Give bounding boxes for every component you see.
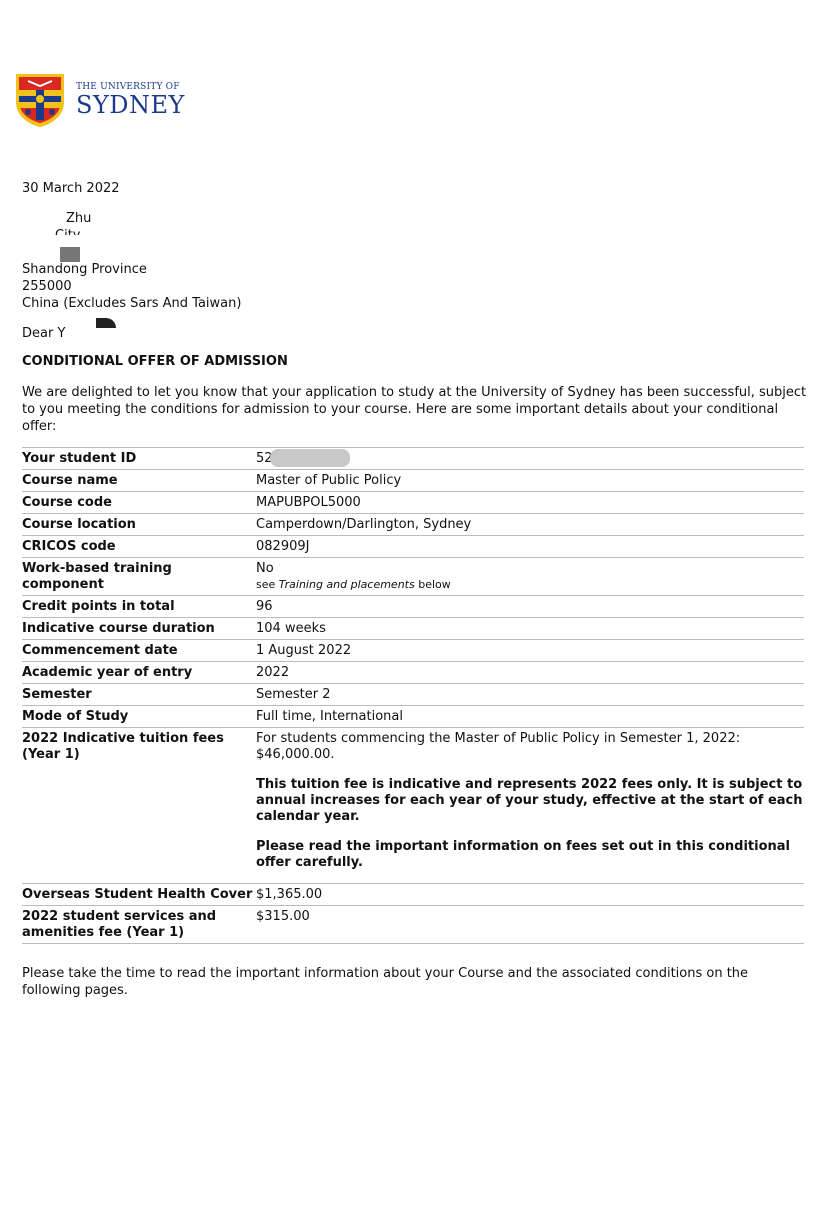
commencement-value: 1 August 2022 bbox=[256, 640, 804, 662]
redaction-block bbox=[60, 247, 80, 262]
table-row: Your student ID 52 bbox=[22, 448, 804, 470]
table-row: 2022 student services and amenities fee … bbox=[22, 906, 804, 944]
table-row: Indicative course duration 104 weeks bbox=[22, 618, 804, 640]
offer-details-table: Your student ID 52 Course name Master of… bbox=[22, 447, 804, 944]
redaction-block bbox=[96, 318, 116, 328]
offer-title: CONDITIONAL OFFER OF ADMISSION bbox=[22, 354, 288, 369]
letter-date: 30 March 2022 bbox=[22, 180, 120, 197]
course-location-label: Course location bbox=[22, 514, 256, 536]
address-country: China (Excludes Sars And Taiwan) bbox=[22, 295, 241, 312]
work-training-note: see Training and placements below bbox=[256, 577, 804, 593]
cricos-value: 082909J bbox=[256, 536, 804, 558]
logo-big-text: SYDNEY bbox=[76, 93, 185, 117]
table-row: Course code MAPUBPOL5000 bbox=[22, 492, 804, 514]
student-id-label: Your student ID bbox=[22, 448, 256, 470]
credit-points-label: Credit points in total bbox=[22, 596, 256, 618]
course-name-label: Course name bbox=[22, 470, 256, 492]
ssaf-value: $315.00 bbox=[256, 906, 804, 944]
tuition-value: For students commencing the Master of Pu… bbox=[256, 731, 804, 763]
table-row: CRICOS code 082909J bbox=[22, 536, 804, 558]
address-name: Zhu bbox=[66, 210, 91, 227]
table-row: Course location Camperdown/Darlington, S… bbox=[22, 514, 804, 536]
table-row: 2022 Indicative tuition fees (Year 1) Fo… bbox=[22, 728, 804, 884]
address-postcode: 255000 bbox=[22, 278, 72, 295]
course-code-value: MAPUBPOL5000 bbox=[256, 492, 804, 514]
semester-value: Semester 2 bbox=[256, 684, 804, 706]
university-logo: THE UNIVERSITY OF SYDNEY bbox=[14, 72, 185, 128]
commencement-label: Commencement date bbox=[22, 640, 256, 662]
oshc-value: $1,365.00 bbox=[256, 884, 804, 906]
address-province: Shandong Province bbox=[22, 261, 147, 278]
mode-label: Mode of Study bbox=[22, 706, 256, 728]
academic-year-value: 2022 bbox=[256, 662, 804, 684]
work-training-label: Work-based training component bbox=[22, 558, 256, 596]
course-name-value: Master of Public Policy bbox=[256, 470, 804, 492]
cricos-label: CRICOS code bbox=[22, 536, 256, 558]
semester-label: Semester bbox=[22, 684, 256, 706]
course-code-label: Course code bbox=[22, 492, 256, 514]
redaction-block bbox=[270, 449, 350, 467]
salutation: Dear Y bbox=[22, 325, 65, 342]
table-row: Course name Master of Public Policy bbox=[22, 470, 804, 492]
table-row: Overseas Student Health Cover $1,365.00 bbox=[22, 884, 804, 906]
tuition-note-read: Please read the important information on… bbox=[256, 839, 804, 871]
credit-points-value: 96 bbox=[256, 596, 804, 618]
crest-icon bbox=[14, 72, 66, 128]
duration-value: 104 weeks bbox=[256, 618, 804, 640]
table-row: Academic year of entry 2022 bbox=[22, 662, 804, 684]
tuition-label: 2022 Indicative tuition fees (Year 1) bbox=[22, 728, 256, 884]
work-training-value: No bbox=[256, 561, 804, 577]
table-row: Semester Semester 2 bbox=[22, 684, 804, 706]
tuition-note-indicative: This tuition fee is indicative and repre… bbox=[256, 777, 804, 825]
oshc-label: Overseas Student Health Cover bbox=[22, 884, 256, 906]
table-row: Mode of Study Full time, International bbox=[22, 706, 804, 728]
closing-paragraph: Please take the time to read the importa… bbox=[22, 965, 802, 999]
table-row: Commencement date 1 August 2022 bbox=[22, 640, 804, 662]
table-row: Work-based training component No see Tra… bbox=[22, 558, 804, 596]
address-city: City bbox=[55, 227, 80, 235]
course-location-value: Camperdown/Darlington, Sydney bbox=[256, 514, 804, 536]
academic-year-label: Academic year of entry bbox=[22, 662, 256, 684]
table-row: Credit points in total 96 bbox=[22, 596, 804, 618]
mode-value: Full time, International bbox=[256, 706, 804, 728]
duration-label: Indicative course duration bbox=[22, 618, 256, 640]
intro-paragraph: We are delighted to let you know that yo… bbox=[22, 384, 812, 435]
ssaf-label: 2022 student services and amenities fee … bbox=[22, 906, 256, 944]
